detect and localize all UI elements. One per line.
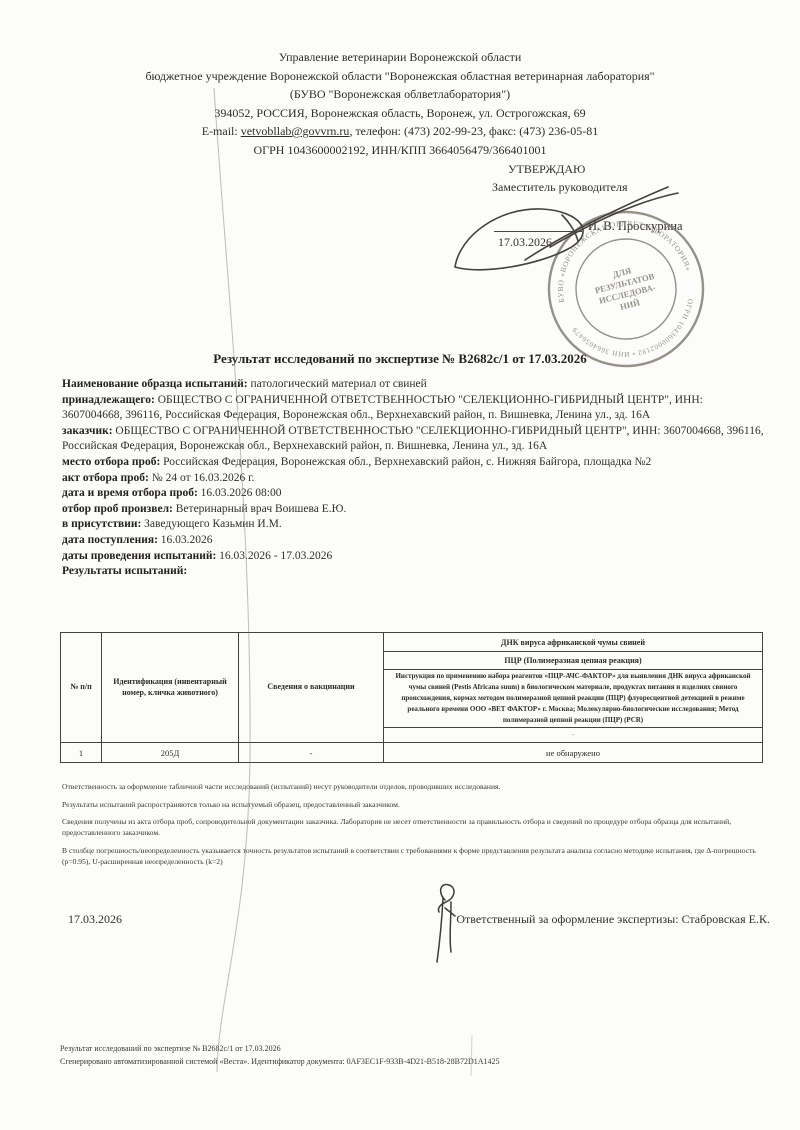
org-header-contacts-line: E-mail: vetvobllab@govvrn.ru, телефон: (… [0, 122, 800, 141]
detail-row: заказчик: ОБЩЕСТВО С ОГРАНИЧЕННОЙ ОТВЕТС… [62, 424, 764, 455]
col-header-vaccination: Сведения о вакцинации [239, 633, 384, 743]
result-header-method-description: Инструкция по применению набора реагенто… [384, 670, 763, 728]
org-header-line-6: ОГРН 1043600002192, ИНН/КПП 3664056479/3… [0, 141, 800, 160]
detail-label: место отбора проб: [62, 456, 160, 468]
cell-number: 1 [61, 743, 102, 763]
cell-result: не обнаружено [384, 743, 763, 763]
detail-label: заказчик: [62, 425, 113, 437]
phone-fax: , телефон: (473) 202-99-23, факс: (473) … [349, 124, 598, 138]
result-header-method-group: ПЦР (Полимеразная цепная реакция) [384, 652, 763, 670]
org-header-line-2: бюджетное учреждение Воронежской области… [0, 67, 800, 86]
detail-row: Результаты испытаний: [62, 564, 764, 580]
result-header-analyte: ДНК вируса африканской чумы свиней [384, 633, 763, 652]
detail-label: Наименование образца испытаний: [62, 378, 248, 390]
detail-label: принадлежащего: [62, 394, 155, 406]
detail-value: ОБЩЕСТВО С ОГРАНИЧЕННОЙ ОТВЕТСТВЕННОСТЬЮ… [62, 425, 764, 453]
table-row: 1 205Д - не обнаружено [61, 743, 763, 763]
detail-row: акт отбора проб: № 24 от 16.03.2026 г. [62, 471, 764, 487]
scanned-document-page: Управление ветеринарии Воронежской облас… [0, 0, 800, 1130]
results-heading: Результаты испытаний: [62, 565, 187, 577]
col-header-identification: Идентификация (инвентарный номер, кличка… [102, 633, 239, 743]
detail-value: 16.03.2026 - 17.03.2026 [219, 550, 332, 562]
note-line: В столбце погрешность/неопределенность у… [62, 845, 768, 867]
note-line: Ответственность за оформление табличной … [62, 781, 768, 792]
org-header-line-4: 394052, РОССИЯ, Воронежская область, Вор… [0, 104, 800, 123]
detail-label: дата и время отбора проб: [62, 487, 198, 499]
detail-row: даты проведения испытаний: 16.03.2026 - … [62, 549, 764, 565]
detail-label: в присутствии: [62, 518, 141, 530]
note-line: Результаты испытаний распространяются то… [62, 799, 768, 810]
detail-row: дата и время отбора проб: 16.03.2026 08:… [62, 486, 764, 502]
results-table: № п/п Идентификация (инвентарный номер, … [60, 632, 763, 763]
email-address: vetvobllab@govvrn.ru [241, 124, 350, 138]
org-header: Управление ветеринарии Воронежской облас… [0, 48, 800, 159]
closing-date: 17.03.2026 [68, 912, 122, 927]
disclaimer-notes: Ответственность за оформление табличной … [62, 781, 768, 873]
detail-value: ОБЩЕСТВО С ОГРАНИЧЕННОЙ ОТВЕТСТВЕННОСТЬЮ… [62, 394, 703, 422]
col-header-number: № п/п [61, 633, 102, 743]
cell-identification: 205Д [102, 743, 239, 763]
detail-value: 16.03.2026 [161, 534, 213, 546]
detail-row: отбор проб произвел: Ветеринарный врач В… [62, 502, 764, 518]
report-title: Результат исследований по экспертизе № В… [0, 351, 800, 367]
cell-vaccination: - [239, 743, 384, 763]
detail-value: № 24 от 16.03.2026 г. [152, 472, 255, 484]
detail-row: принадлежащего: ОБЩЕСТВО С ОГРАНИЧЕННОЙ … [62, 393, 764, 424]
note-line: Сведения получены из акта отбора проб, с… [62, 816, 768, 838]
document-footer: Результат исследований по экспертизе № В… [60, 1043, 760, 1068]
detail-value: Ветеринарный врач Воишева Е.Ю. [176, 503, 347, 515]
org-header-line-3: (БУВО "Воронежская облветлаборатория") [0, 85, 800, 104]
detail-label: отбор проб произвел: [62, 503, 173, 515]
detail-row: Наименование образца испытаний: патологи… [62, 377, 764, 393]
detail-value: патологический материал от свиней [251, 378, 427, 390]
detail-label: даты проведения испытаний: [62, 550, 216, 562]
approver-signature-icon [430, 175, 710, 295]
detail-value: Заведующего Казьмин И.М. [144, 518, 282, 530]
org-header-line-1: Управление ветеринарии Воронежской облас… [0, 48, 800, 67]
detail-row: дата поступления: 16.03.2026 [62, 533, 764, 549]
detail-value: 16.03.2026 08:00 [201, 487, 282, 499]
detail-label: дата поступления: [62, 534, 158, 546]
detail-label: акт отбора проб: [62, 472, 149, 484]
result-header-sub-cell: · [384, 728, 763, 743]
sample-details: Наименование образца испытаний: патологи… [62, 377, 764, 580]
responsible-person: Ответственный за оформление экспертизы: … [456, 912, 770, 927]
detail-row: в присутствии: Заведующего Казьмин И.М. [62, 517, 764, 533]
detail-value: Российская Федерация, Воронежская обл., … [163, 456, 651, 468]
footer-line-1: Результат исследований по экспертизе № В… [60, 1043, 760, 1056]
footer-line-2: Сгенерировано автоматизированной системо… [60, 1056, 760, 1069]
email-label: E-mail: [202, 124, 241, 138]
detail-row: место отбора проб: Российская Федерация,… [62, 455, 764, 471]
table-header-row: № п/п Идентификация (инвентарный номер, … [61, 633, 763, 652]
